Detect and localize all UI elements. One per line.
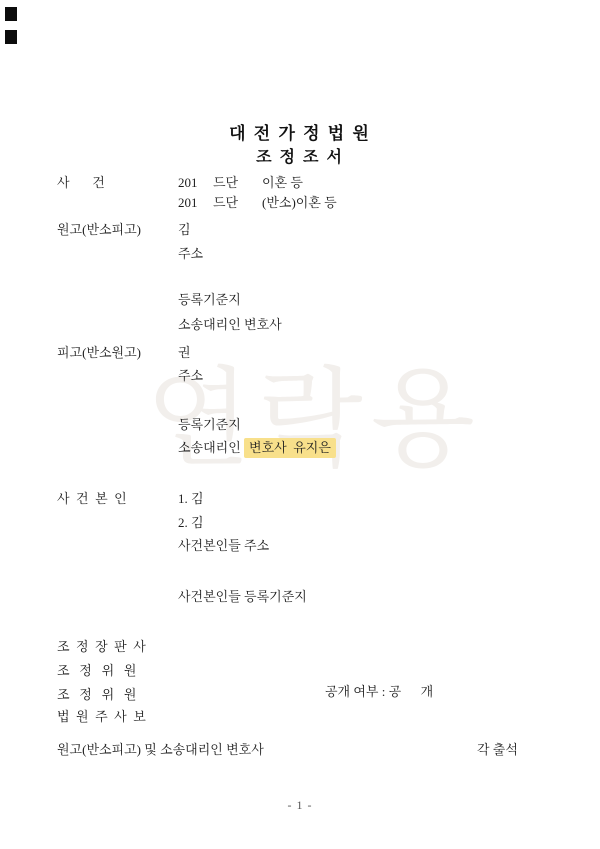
minor-item-1: 1. 김: [178, 491, 204, 507]
minor-item-2: 2. 김: [178, 515, 204, 531]
mediation-record-document: 연락용 대 전 가 정 법 원 조 정 조 서 사 건 201 드단 이혼 등 …: [0, 0, 600, 849]
commissioner-label: 조 정 위 원: [57, 663, 136, 679]
attendance-status: 각 출석: [477, 742, 518, 758]
defendant-registry-label: 등록기준지: [178, 417, 241, 433]
plaintiff-name: 김: [178, 222, 191, 238]
defendant-address-label: 주소: [178, 368, 203, 384]
plaintiff-registry-label: 등록기준지: [178, 292, 241, 308]
case-number: 201: [178, 195, 198, 211]
clerk-label: 법 원 주 사 보: [57, 709, 146, 725]
defendant-counsel-line: 소송대리인 변호사 유지은: [178, 440, 336, 456]
commissioner-label: 조 정 위 원: [57, 687, 136, 703]
plaintiff-label: 원고(반소피고): [57, 222, 141, 238]
presiding-judge-label: 조 정 장 판 사: [57, 639, 146, 655]
case-number: 201: [178, 175, 198, 191]
scan-artifact-mark: [5, 30, 17, 44]
attendance-parties: 원고(반소피고) 및 소송대리인 변호사: [57, 742, 264, 758]
minors-registry-label: 사건본인들 등록기준지: [178, 589, 307, 605]
defendant-name: 권: [178, 345, 191, 361]
plaintiff-counsel-label: 소송대리인 변호사: [178, 317, 282, 333]
case-track: 드단: [213, 175, 238, 191]
minors-label: 사 건 본 인: [57, 491, 127, 507]
case-label: 사 건: [57, 175, 105, 191]
defendant-counsel-name-highlight: 변호사 유지은: [244, 438, 336, 458]
scan-artifact-mark: [5, 7, 17, 21]
disclosure-status: 공개 여부 : 공 개: [325, 684, 433, 700]
defendant-label: 피고(반소원고): [57, 345, 141, 361]
case-track: 드단: [213, 195, 238, 211]
defendant-counsel-prefix: 소송대리인: [178, 440, 244, 455]
case-title: 이혼 등: [262, 175, 303, 191]
case-title: (반소)이혼 등: [262, 195, 337, 211]
minors-address-label: 사건본인들 주소: [178, 538, 269, 554]
document-type-title: 조 정 조 서: [0, 150, 600, 166]
court-name-title: 대 전 가 정 법 원: [0, 126, 600, 142]
plaintiff-address-label: 주소: [178, 246, 203, 262]
page-number: - 1 -: [0, 797, 600, 813]
